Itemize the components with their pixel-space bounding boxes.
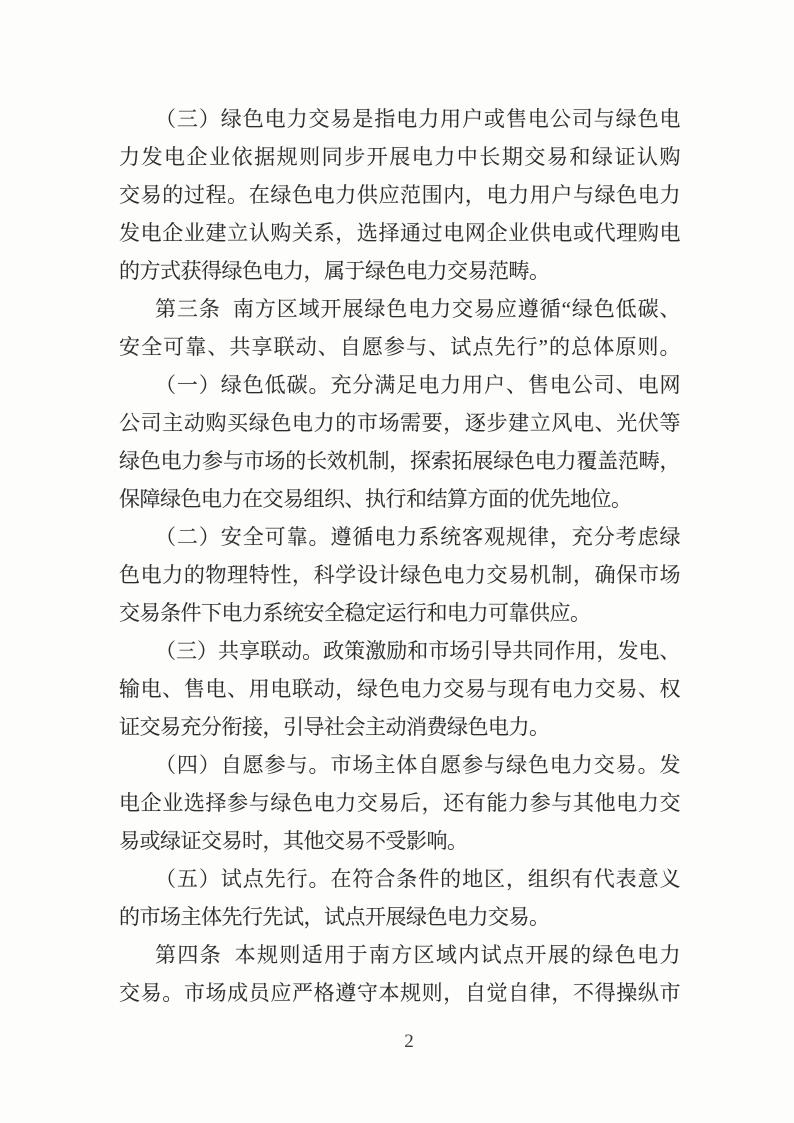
text-line: 公司主动购买绿色电力的市场需要，逐步建立风电、光伏等 [119, 404, 680, 442]
text-line: （三）绿色电力交易是指电力用户或售电公司与绿色电 [119, 100, 680, 138]
paragraph-2: 第三条 南方区域开展绿色电力交易应遵循“绿色低碳、安全可靠、共享联动、自愿参与、… [119, 290, 680, 366]
document-page: （三）绿色电力交易是指电力用户或售电公司与绿色电力发电企业依据规则同步开展电力中… [0, 0, 794, 1123]
text-line: 安全可靠、共享联动、自愿参与、试点先行”的总体原则。 [119, 328, 680, 366]
text-line: 力发电企业依据规则同步开展电力中长期交易和绿证认购 [119, 138, 680, 176]
text-line: （一）绿色低碳。充分满足电力用户、售电公司、电网 [119, 366, 680, 404]
paragraph-8: 第四条 本规则适用于南方区域内试点开展的绿色电力交易。市场成员应严格遵守本规则，… [119, 936, 680, 1012]
text-line: 第四条 本规则适用于南方区域内试点开展的绿色电力 [119, 936, 680, 974]
text-line: 交易的过程。在绿色电力供应范围内，电力用户与绿色电力 [119, 176, 680, 214]
text-line: 的方式获得绿色电力，属于绿色电力交易范畴。 [119, 252, 680, 290]
text-line: 保障绿色电力在交易组织、执行和结算方面的优先地位。 [119, 480, 680, 518]
page-number: 2 [12, 1030, 794, 1054]
text-line: （四）自愿参与。市场主体自愿参与绿色电力交易。发 [119, 746, 680, 784]
paragraph-4: （二）安全可靠。遵循电力系统客观规律，充分考虑绿色电力的物理特性，科学设计绿色电… [119, 518, 680, 632]
paragraph-1: （三）绿色电力交易是指电力用户或售电公司与绿色电力发电企业依据规则同步开展电力中… [119, 100, 680, 290]
text-line: 输电、售电、用电联动，绿色电力交易与现有电力交易、权 [119, 670, 680, 708]
text-line: （二）安全可靠。遵循电力系统客观规律，充分考虑绿 [119, 518, 680, 556]
paragraph-6: （四）自愿参与。市场主体自愿参与绿色电力交易。发电企业选择参与绿色电力交易后，还… [119, 746, 680, 860]
text-line: 发电企业建立认购关系，选择通过电网企业供电或代理购电 [119, 214, 680, 252]
text-line: 交易条件下电力系统安全稳定运行和电力可靠供应。 [119, 594, 680, 632]
text-line: 色电力的物理特性，科学设计绿色电力交易机制，确保市场 [119, 556, 680, 594]
text-line: （五）试点先行。在符合条件的地区，组织有代表意义 [119, 860, 680, 898]
text-line: 电企业选择参与绿色电力交易后，还有能力参与其他电力交 [119, 784, 680, 822]
text-line: 易或绿证交易时，其他交易不受影响。 [119, 822, 680, 860]
paragraph-3: （一）绿色低碳。充分满足电力用户、售电公司、电网公司主动购买绿色电力的市场需要，… [119, 366, 680, 518]
paragraph-5: （三）共享联动。政策激励和市场引导共同作用，发电、输电、售电、用电联动，绿色电力… [119, 632, 680, 746]
paragraph-7: （五）试点先行。在符合条件的地区，组织有代表意义的市场主体先行先试，试点开展绿色… [119, 860, 680, 936]
text-line: 的市场主体先行先试，试点开展绿色电力交易。 [119, 898, 680, 936]
text-line: 第三条 南方区域开展绿色电力交易应遵循“绿色低碳、 [119, 290, 680, 328]
text-line: 绿色电力参与市场的长效机制，探索拓展绿色电力覆盖范畴， [119, 442, 680, 480]
text-line: 证交易充分衔接，引导社会主动消费绿色电力。 [119, 708, 680, 746]
document-body: （三）绿色电力交易是指电力用户或售电公司与绿色电力发电企业依据规则同步开展电力中… [119, 100, 680, 1012]
text-line: 交易。市场成员应严格遵守本规则，自觉自律，不得操纵市 [119, 974, 680, 1012]
text-line: （三）共享联动。政策激励和市场引导共同作用，发电、 [119, 632, 680, 670]
